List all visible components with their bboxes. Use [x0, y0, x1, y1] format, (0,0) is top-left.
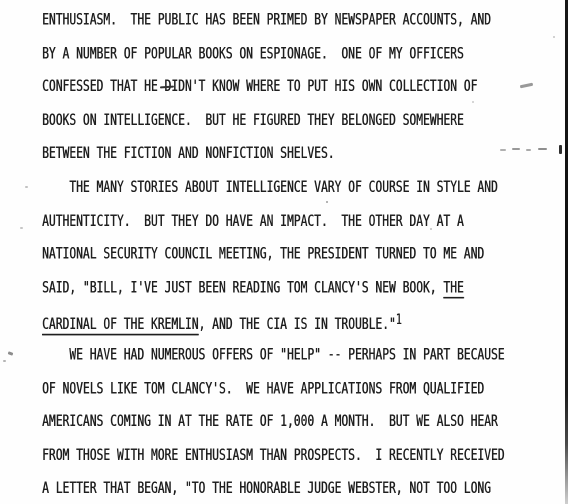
scan-artifact-speck: [472, 101, 474, 103]
text-line: BETWEEN THE FICTION AND NONFICTION SHELV…: [42, 137, 505, 171]
underlined-text: CARDINAL OF THE KREMLIN: [42, 315, 198, 333]
text-line: OF NOVELS LIKE TOM CLANCY'S. WE HAVE APP…: [42, 372, 505, 406]
scan-artifact-speck: [326, 201, 328, 203]
typewritten-text-block: ENTHUSIASM. THE PUBLIC HAS BEEN PRIMED B…: [42, 3, 505, 504]
scan-artifact-tick: [559, 145, 562, 154]
text-segment: FROM THOSE WITH MORE ENTHUSIASM THAN PRO…: [42, 446, 505, 464]
text-segment: THE MANY STORIES ABOUT INTELLIGENCE VARY…: [42, 178, 498, 196]
text-line: BOOKS ON INTELLIGENCE. BUT HE FIGURED TH…: [42, 104, 505, 138]
text-segment: A LETTER THAT BEGAN, "TO THE HONORABLE J…: [42, 479, 491, 497]
scan-artifact-speck: [430, 228, 432, 230]
scan-artifact-speck: [3, 360, 6, 362]
scan-artifact-squiggle: [520, 83, 533, 89]
scan-artifact-speck: [25, 186, 28, 188]
scan-artifact-speck: [8, 351, 14, 356]
scan-artifact-speck: [553, 36, 555, 38]
text-line: FROM THOSE WITH MORE ENTHUSIASM THAN PRO…: [42, 439, 505, 473]
text-segment: , AND THE CIA IS IN TROUBLE.": [198, 315, 395, 333]
text-line: CONFESSED THAT HE DIDN'T KNOW WHERE TO P…: [42, 70, 505, 104]
text-segment: AUTHENTICITY. BUT THEY DO HAVE AN IMPACT…: [42, 211, 464, 229]
scan-artifact-dash: [500, 149, 506, 151]
scan-artifact-speck: [20, 227, 23, 229]
text-line: CARDINAL OF THE KREMLIN, AND THE CIA IS …: [42, 305, 505, 339]
text-segment: WE HAVE HAD NUMEROUS OFFERS OF "HELP" --…: [42, 345, 505, 363]
scan-edge-line: [565, 0, 568, 504]
text-segment: ENTHUSIASM. THE PUBLIC HAS BEEN PRIMED B…: [42, 10, 491, 28]
text-segment: AMERICANS COMING IN AT THE RATE OF 1,000…: [42, 412, 498, 430]
text-line: ENTHUSIASM. THE PUBLIC HAS BEEN PRIMED B…: [42, 3, 505, 37]
scan-artifact-dash: [526, 149, 531, 151]
text-line: NATIONAL SECURITY COUNCIL MEETING, THE P…: [42, 238, 505, 272]
text-line: AUTHENTICITY. BUT THEY DO HAVE AN IMPACT…: [42, 204, 505, 238]
text-line: THE MANY STORIES ABOUT INTELLIGENCE VARY…: [42, 171, 505, 205]
text-line: SAID, "BILL, I'VE JUST BEEN READING TOM …: [42, 271, 505, 305]
footnote-superscript: 1: [396, 313, 402, 329]
text-segment: BETWEEN THE FICTION AND NONFICTION SHELV…: [42, 144, 334, 162]
text-segment: BOOKS ON INTELLIGENCE. BUT HE FIGURED TH…: [42, 111, 464, 129]
text-line: WE HAVE HAD NUMEROUS OFFERS OF "HELP" --…: [42, 338, 505, 372]
text-segment: SAID, "BILL, I'VE JUST BEEN READING TOM …: [42, 278, 443, 296]
text-segment: CONFESSED THAT HE DIDN'T KNOW WHERE TO P…: [42, 77, 477, 95]
scanned-document-page: ENTHUSIASM. THE PUBLIC HAS BEEN PRIMED B…: [0, 0, 569, 504]
text-segment: BY A NUMBER OF POPULAR BOOKS ON ESPIONAG…: [42, 44, 464, 62]
text-line: A LETTER THAT BEGAN, "TO THE HONORABLE J…: [42, 472, 505, 504]
scan-artifact-dash: [538, 148, 547, 150]
scan-artifact-dash: [512, 148, 520, 150]
text-segment: OF NOVELS LIKE TOM CLANCY'S. WE HAVE APP…: [42, 379, 484, 397]
underlined-text: THE: [443, 278, 463, 296]
text-line: AMERICANS COMING IN AT THE RATE OF 1,000…: [42, 405, 505, 439]
text-line: BY A NUMBER OF POPULAR BOOKS ON ESPIONAG…: [42, 37, 505, 71]
text-segment: NATIONAL SECURITY COUNCIL MEETING, THE P…: [42, 245, 484, 263]
